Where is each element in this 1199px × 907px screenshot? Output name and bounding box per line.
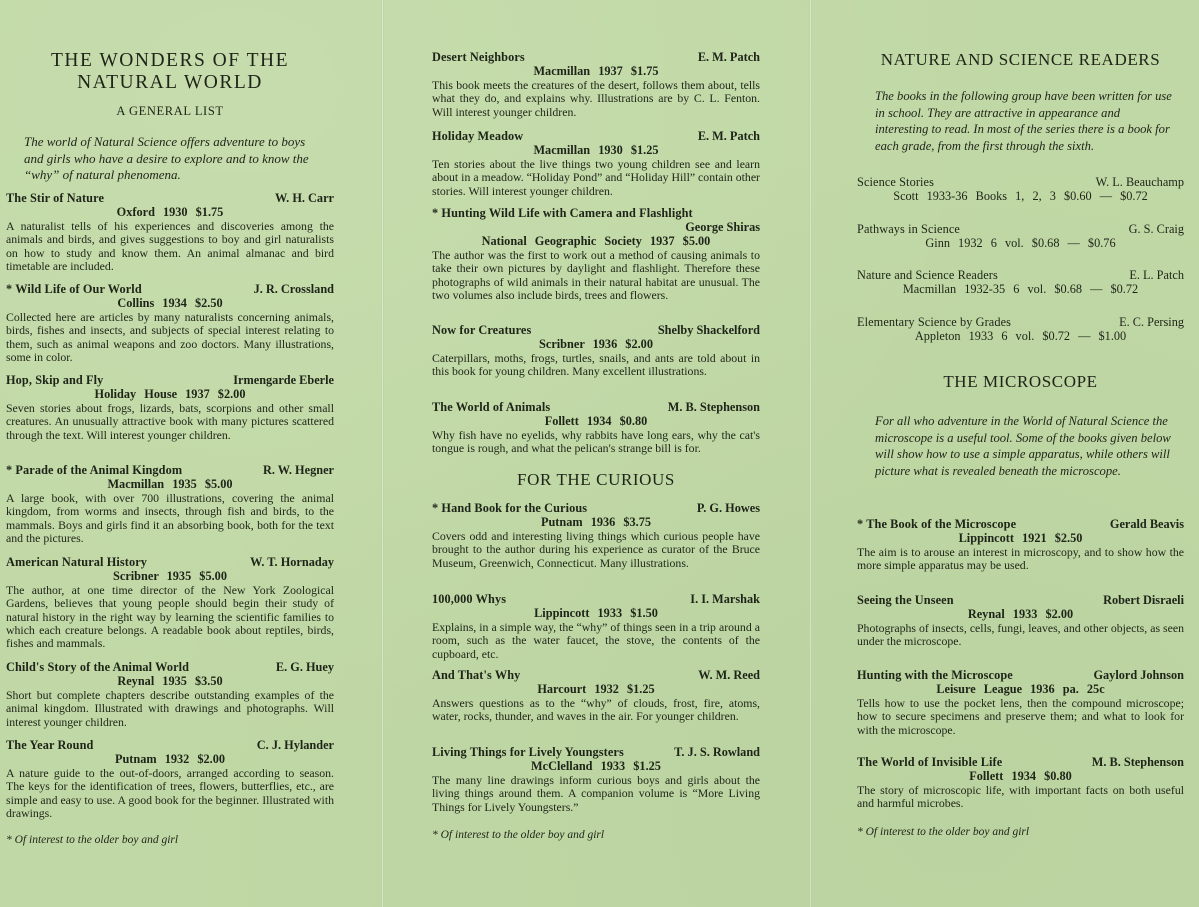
reader-author: E. L. Patch: [1129, 268, 1184, 282]
reader-publisher: Macmillan 1932-35 6 vol. $0.68 — $0.72: [857, 282, 1184, 296]
book-title: Holiday Meadow: [432, 129, 523, 143]
panel1-subtitle: A GENERAL LIST: [6, 104, 334, 119]
book-description: A large book, with over 700 illustration…: [6, 492, 334, 545]
book-entry: The World of Invisible LifeM. B. Stephen…: [857, 755, 1184, 811]
book-author: Irmengarde Eberle: [233, 373, 334, 387]
fold-line-right: [809, 0, 812, 907]
reader-publisher: Ginn 1932 6 vol. $0.68 — $0.76: [857, 236, 1184, 250]
book-description: Short but complete chapters describe out…: [6, 689, 334, 729]
book-author: Shelby Shackelford: [658, 323, 760, 337]
book-author: Gerald Beavis: [1110, 517, 1184, 531]
book-entry: * The Book of the MicroscopeGerald Beavi…: [857, 517, 1184, 573]
book-publisher: Lippincott 1921 $2.50: [857, 531, 1184, 545]
reader-title: Nature and Science Readers: [857, 268, 998, 282]
book-entry: * Parade of the Animal KingdomR. W. Hegn…: [6, 463, 334, 545]
book-description: Tells how to use the pocket lens, then t…: [857, 697, 1184, 737]
microscope-intro: For all who adventure in the World of Na…: [875, 413, 1174, 479]
book-description: Photographs of insects, cells, fungi, le…: [857, 622, 1184, 649]
section-title-nature-science-readers: NATURE AND SCIENCE READERS: [857, 50, 1184, 70]
book-entry: Hop, Skip and FlyIrmengarde Eberle Holid…: [6, 373, 334, 442]
book-title: Seeing the Unseen: [857, 593, 954, 607]
book-description: Ten stories about the live things two yo…: [432, 158, 760, 198]
book-publisher: Scribner 1936 $2.00: [432, 337, 760, 351]
book-entry: Child's Story of the Animal WorldE. G. H…: [6, 660, 334, 729]
book-entry: Living Things for Lively YoungstersT. J.…: [432, 745, 760, 814]
reader-author: G. S. Craig: [1129, 222, 1184, 236]
book-author: M. B. Stephenson: [668, 400, 760, 414]
book-publisher: Follett 1934 $0.80: [857, 769, 1184, 783]
book-entry: 100,000 WhysI. I. Marshak Lippincott 193…: [432, 592, 760, 661]
book-publisher: Oxford 1930 $1.75: [6, 205, 334, 219]
book-author: E. M. Patch: [698, 129, 760, 143]
book-description: The aim is to arouse an interest in micr…: [857, 546, 1184, 573]
book-publisher: Reynal 1935 $3.50: [6, 674, 334, 688]
book-entry: * Hand Book for the CuriousP. G. Howes P…: [432, 501, 760, 570]
book-title: Child's Story of the Animal World: [6, 660, 189, 674]
book-author: Gaylord Johnson: [1093, 668, 1184, 682]
panel1-intro: The world of Natural Science offers adve…: [24, 134, 326, 184]
book-description: Why fish have no eyelids, why rabbits ha…: [432, 429, 760, 456]
book-publisher: Macmillan 1935 $5.00: [6, 477, 334, 491]
book-title: * Wild Life of Our World: [6, 282, 142, 296]
book-publisher: Putnam 1932 $2.00: [6, 752, 334, 766]
book-description: Covers odd and interesting living things…: [432, 530, 760, 570]
book-description: The author, at one time director of the …: [6, 584, 334, 650]
reader-author: E. C. Persing: [1119, 315, 1184, 329]
book-author: W. T. Hornaday: [250, 555, 334, 569]
book-title: Now for Creatures: [432, 323, 531, 337]
reader-title: Pathways in Science: [857, 222, 960, 236]
book-entry: The World of AnimalsM. B. Stephenson Fol…: [432, 400, 760, 456]
book-publisher: National Geographic Society 1937 $5.00: [432, 234, 760, 248]
book-description: Caterpillars, moths, frogs, turtles, sna…: [432, 352, 760, 379]
reader-publisher: Appleton 1933 6 vol. $0.72 — $1.00: [857, 329, 1184, 343]
book-entry: Hunting with the MicroscopeGaylord Johns…: [857, 668, 1184, 737]
section-title-microscope: THE MICROSCOPE: [857, 372, 1184, 392]
book-title: And That's Why: [432, 668, 520, 682]
book-title: The World of Animals: [432, 400, 550, 414]
book-title: The Stir of Nature: [6, 191, 104, 205]
book-author: E. G. Huey: [276, 660, 334, 674]
book-author: W. M. Reed: [698, 668, 760, 682]
book-publisher: Macmillan 1937 $1.75: [432, 64, 760, 78]
book-description: The many line drawings inform curious bo…: [432, 774, 760, 814]
book-author: C. J. Hylander: [257, 738, 334, 752]
panel-readers-and-microscope: NATURE AND SCIENCE READERS The books in …: [857, 0, 1184, 907]
book-publisher: Putnam 1936 $3.75: [432, 515, 760, 529]
panel2-footnote: * Of interest to the older boy and girl: [432, 829, 760, 841]
book-title: * Hand Book for the Curious: [432, 501, 587, 515]
book-title: 100,000 Whys: [432, 592, 506, 606]
book-entry: American Natural HistoryW. T. Hornaday S…: [6, 555, 334, 650]
panel1-footnote: * Of interest to the older boy and girl: [6, 834, 334, 846]
book-author: R. W. Hegner: [263, 463, 334, 477]
book-title: The Year Round: [6, 738, 94, 752]
title-line-1: THE WONDERS OF THE: [6, 50, 334, 72]
book-description: The author was the first to work out a m…: [432, 249, 760, 302]
book-entry: And That's WhyW. M. Reed Harcourt 1932 $…: [432, 668, 760, 724]
book-publisher: Follett 1934 $0.80: [432, 414, 760, 428]
book-entry: Now for CreaturesShelby Shackelford Scri…: [432, 323, 760, 379]
book-publisher: Scribner 1935 $5.00: [6, 569, 334, 583]
book-description: Explains, in a simple way, the “why” of …: [432, 621, 760, 661]
reader-entry: Nature and Science ReadersE. L. Patch Ma…: [857, 268, 1184, 296]
book-publisher: Holiday House 1937 $2.00: [6, 387, 334, 401]
book-entry: The Stir of NatureW. H. Carr Oxford 1930…: [6, 191, 334, 273]
book-entry: * Hunting Wild Life with Camera and Flas…: [432, 206, 760, 302]
book-entry: Seeing the UnseenRobert Disraeli Reynal …: [857, 593, 1184, 649]
book-publisher: Macmillan 1930 $1.25: [432, 143, 760, 157]
book-publisher: Collins 1934 $2.50: [6, 296, 334, 310]
panel3-footnote: * Of interest to the older boy and girl: [857, 826, 1184, 838]
title-line-2: NATURAL WORLD: [6, 72, 334, 94]
book-publisher: Leisure League 1936 pa. 25c: [857, 682, 1184, 696]
book-publisher: Reynal 1933 $2.00: [857, 607, 1184, 621]
book-author: T. J. S. Rowland: [674, 745, 760, 759]
section-title-for-the-curious: FOR THE CURIOUS: [432, 470, 760, 490]
book-title: American Natural History: [6, 555, 147, 569]
fold-line-left: [381, 0, 384, 907]
book-description: Answers questions as to the “why” of clo…: [432, 697, 760, 724]
book-description: A naturalist tells of his experiences an…: [6, 220, 334, 273]
book-description: The story of microscopic life, with impo…: [857, 784, 1184, 811]
reader-author: W. L. Beauchamp: [1096, 175, 1184, 189]
panel-wonders-natural-world: THE WONDERS OF THE NATURAL WORLD A GENER…: [6, 0, 334, 907]
book-description: Seven stories about frogs, lizards, bats…: [6, 402, 334, 442]
book-publisher: McClelland 1933 $1.25: [432, 759, 760, 773]
reader-publisher: Scott 1933-36 Books 1, 2, 3 $0.60 — $0.7…: [857, 189, 1184, 203]
book-author: P. G. Howes: [697, 501, 760, 515]
reader-entry: Elementary Science by GradesE. C. Persin…: [857, 315, 1184, 343]
book-description: This book meets the creatures of the des…: [432, 79, 760, 119]
reader-entry: Science StoriesW. L. Beauchamp Scott 193…: [857, 175, 1184, 203]
book-entry: Desert NeighborsE. M. Patch Macmillan 19…: [432, 50, 760, 119]
reader-title: Science Stories: [857, 175, 934, 189]
book-author: E. M. Patch: [698, 50, 760, 64]
book-description: A nature guide to the out-of-doors, arra…: [6, 767, 334, 820]
reader-title: Elementary Science by Grades: [857, 315, 1011, 329]
book-author: I. I. Marshak: [690, 592, 760, 606]
book-author: Robert Disraeli: [1103, 593, 1184, 607]
book-author: George Shiras: [432, 220, 760, 234]
reader-entry: Pathways in ScienceG. S. Craig Ginn 1932…: [857, 222, 1184, 250]
book-title: Living Things for Lively Youngsters: [432, 745, 624, 759]
book-title: Desert Neighbors: [432, 50, 525, 64]
book-title: * Hunting Wild Life with Camera and Flas…: [432, 206, 693, 220]
book-title: * The Book of the Microscope: [857, 517, 1016, 531]
book-description: Collected here are articles by many natu…: [6, 311, 334, 364]
book-entry: * Wild Life of Our WorldJ. R. Crossland …: [6, 282, 334, 364]
readers-intro: The books in the following group have be…: [875, 88, 1174, 154]
book-entry: The Year RoundC. J. Hylander Putnam 1932…: [6, 738, 334, 820]
book-title: * Parade of the Animal Kingdom: [6, 463, 182, 477]
book-publisher: Harcourt 1932 $1.25: [432, 682, 760, 696]
book-entry: Holiday MeadowE. M. Patch Macmillan 1930…: [432, 129, 760, 198]
panel-continued-for-the-curious: Desert NeighborsE. M. Patch Macmillan 19…: [432, 0, 760, 907]
panel1-title: THE WONDERS OF THE NATURAL WORLD: [6, 50, 334, 94]
book-publisher: Lippincott 1933 $1.50: [432, 606, 760, 620]
book-title: Hunting with the Microscope: [857, 668, 1013, 682]
book-title: The World of Invisible Life: [857, 755, 1002, 769]
book-author: J. R. Crossland: [254, 282, 334, 296]
book-author: M. B. Stephenson: [1092, 755, 1184, 769]
book-author: W. H. Carr: [275, 191, 334, 205]
book-title: Hop, Skip and Fly: [6, 373, 103, 387]
